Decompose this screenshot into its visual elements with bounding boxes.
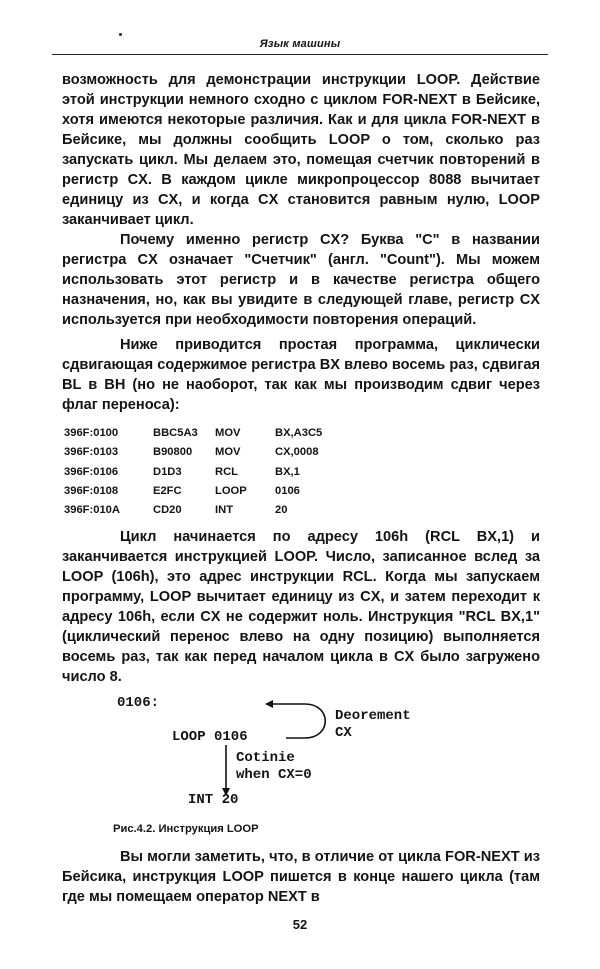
loop-diagram: 0106: LOOP 0106 Deorement CX Cotinie whe… xyxy=(100,690,460,820)
code-mnemonic: LOOP xyxy=(215,482,275,501)
paragraph-loop-vs-for: Вы могли заметить, что, в отличие от цик… xyxy=(62,847,540,907)
code-bytes: E2FC xyxy=(153,482,215,501)
paragraph-text: возможность для демонстрации инструкции … xyxy=(62,70,540,230)
paragraph-text: Ниже приводится простая программа, цикли… xyxy=(62,335,540,415)
code-row: 396F:0108 E2FC LOOP 0106 xyxy=(64,482,322,501)
code-row: 396F:0106 D1D3 RCL BX,1 xyxy=(64,463,322,482)
code-bytes: D1D3 xyxy=(153,463,215,482)
code-row: 396F:0103 B90800 MOV CX,0008 xyxy=(64,443,322,462)
code-mnemonic: INT xyxy=(215,501,275,520)
code-mnemonic: RCL xyxy=(215,463,275,482)
diagram-label-decrement-cx: CX xyxy=(335,725,352,741)
code-address: 396F:0100 xyxy=(64,424,153,443)
diagram-label-continue-when: when CX=0 xyxy=(236,767,312,783)
code-operands: 0106 xyxy=(275,482,300,501)
paragraph-loop-intro: возможность для демонстрации инструкции … xyxy=(62,70,540,230)
code-address: 396F:0103 xyxy=(64,443,153,462)
code-address: 396F:0108 xyxy=(64,482,153,501)
paragraph-text: Вы могли заметить, что, в отличие от цик… xyxy=(62,847,540,907)
code-row: 396F:0100 BBC5A3 MOV BX,A3C5 xyxy=(64,424,322,443)
paragraph-program-intro: Ниже приводится простая программа, цикли… xyxy=(62,335,540,415)
paragraph-loop-explanation: Цикл начинается по адресу 106h (RCL BX,1… xyxy=(62,527,540,687)
diagram-label-loop: LOOP 0106 xyxy=(172,729,248,745)
code-operands: CX,0008 xyxy=(275,443,319,462)
code-bytes: BBC5A3 xyxy=(153,424,215,443)
print-speck xyxy=(119,33,122,36)
code-listing: 396F:0100 BBC5A3 MOV BX,A3C5 396F:0103 B… xyxy=(64,424,322,520)
figure-caption: Рис.4.2. Инструкция LOOP xyxy=(113,823,259,835)
paragraph-text: Почему именно регистр CX? Буква "C" в на… xyxy=(62,230,540,330)
paragraph-why-cx: Почему именно регистр CX? Буква "C" в на… xyxy=(62,230,540,330)
diagram-label-decrement: Deorement xyxy=(335,708,411,724)
code-bytes: B90800 xyxy=(153,443,215,462)
code-address: 396F:010A xyxy=(64,501,153,520)
code-bytes: CD20 xyxy=(153,501,215,520)
diagram-label-int: INT 20 xyxy=(188,792,238,808)
code-operands: BX,1 xyxy=(275,463,300,482)
book-page: Язык машины возможность для демонстрации… xyxy=(0,0,600,969)
code-row: 396F:010A CD20 INT 20 xyxy=(64,501,322,520)
page-number: 52 xyxy=(0,917,600,932)
code-operands: 20 xyxy=(275,501,287,520)
diagram-label-target: 0106: xyxy=(117,695,159,711)
paragraph-text: Цикл начинается по адресу 106h (RCL BX,1… xyxy=(62,527,540,687)
code-address: 396F:0106 xyxy=(64,463,153,482)
code-mnemonic: MOV xyxy=(215,424,275,443)
diagram-label-continue: Cotinie xyxy=(236,750,295,766)
code-operands: BX,A3C5 xyxy=(275,424,322,443)
header-rule xyxy=(52,54,548,55)
running-title: Язык машины xyxy=(58,38,542,50)
code-mnemonic: MOV xyxy=(215,443,275,462)
